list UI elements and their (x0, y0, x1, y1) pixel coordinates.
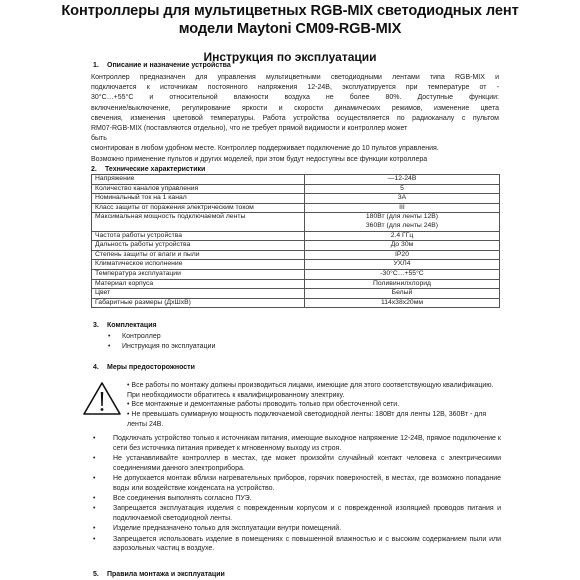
title-line-2: модели Maytoni CM09-RGB-MIX (0, 20, 580, 38)
spec-parameter: Температура эксплуатации (92, 269, 305, 279)
table-row: Частота работы устройства2.4 ГГц (92, 231, 500, 241)
warning-item: • Не превышать суммарную мощность подклю… (127, 410, 501, 429)
table-row: Степень защиты от влаги и пылиIP20 (92, 250, 500, 260)
list-item: •Инструкция по эксплуатации (108, 342, 215, 352)
spec-value: 180Вт (для ленты 12В)360Вт (для ленты 24… (305, 213, 500, 231)
spec-parameter: Габаритные размеры (ДхШхВ) (92, 298, 305, 308)
warning-list: • Все работы по монтажу должны производи… (127, 381, 501, 430)
list-item: •Не устанавливайте контроллер в местах, … (91, 454, 501, 473)
warning-item: • Все работы по монтажу должны производи… (127, 381, 501, 400)
spec-parameter: Дальность работы устройства (92, 241, 305, 251)
spec-value: Белый (305, 289, 500, 299)
section-3-heading: 3.Комплектация (93, 322, 157, 329)
spec-parameter: Степень защиты от влаги и пыли (92, 250, 305, 260)
list-item: •Запрещается эксплуатация изделия с повр… (91, 504, 501, 523)
spec-parameter: Класс защиты от поражения электрическим … (92, 203, 305, 213)
warning-triangle-icon (82, 381, 122, 417)
spec-parameter: Номинальный ток на 1 канал (92, 194, 305, 204)
precautions-list: •Подключать устройство только к источник… (91, 434, 501, 555)
spec-value: 2.4 ГГц (305, 231, 500, 241)
table-row: Класс защиты от поражения электрическим … (92, 203, 500, 213)
spec-parameter: Напряжение (92, 175, 305, 185)
section-2-heading: 2.Технические характеристики (91, 166, 205, 173)
warning-item: • Все монтажные и демонтажные работы про… (127, 400, 501, 410)
table-row: Максимальная мощность подключаемой ленты… (92, 213, 500, 231)
list-item: •Изделие предназначено только для эксплу… (91, 524, 501, 534)
spec-value: IP20 (305, 250, 500, 260)
list-item: •Подключать устройство только к источник… (91, 434, 501, 453)
spec-parameter: Материал корпуса (92, 279, 305, 289)
document-subtitle: Инструкция по эксплуатации (0, 50, 580, 64)
table-row: Материал корпусаПоливинилхлорид (92, 279, 500, 289)
spec-value: 114х38х20мм (305, 298, 500, 308)
list-item: •Все соединения выполнять согласно ПУЭ. (91, 494, 501, 504)
package-contents-list: •Контроллер •Инструкция по эксплуатации (108, 332, 215, 352)
spec-value: УХЛ4 (305, 260, 500, 270)
spec-parameter: Частота работы устройства (92, 231, 305, 241)
spec-value: 5 (305, 184, 500, 194)
document-title: Контроллеры для мультицветных RGB-MIX св… (0, 2, 580, 38)
spec-value: —12-24В (305, 175, 500, 185)
table-row: Дальность работы устройстваДо 30м (92, 241, 500, 251)
table-row: Климатическое исполнениеУХЛ4 (92, 260, 500, 270)
list-item: •Контроллер (108, 332, 215, 342)
spec-parameter: Климатическое исполнение (92, 260, 305, 270)
list-item: •Не допускается монтаж вблизи нагревател… (91, 474, 501, 493)
document-page: Контроллеры для мультицветных RGB-MIX св… (0, 0, 580, 580)
section-5-heading: 5.Правила монтажа и эксплуатации (93, 571, 225, 578)
spec-parameter: Количество каналов управления (92, 184, 305, 194)
title-line-1: Контроллеры для мультицветных RGB-MIX св… (0, 2, 580, 20)
spec-value: III (305, 203, 500, 213)
spec-parameter: Максимальная мощность подключаемой ленты (92, 213, 305, 231)
table-row: Температура эксплуатации-30°С…+55°С (92, 269, 500, 279)
table-row: Количество каналов управления5 (92, 184, 500, 194)
table-row: Габаритные размеры (ДхШхВ)114х38х20мм (92, 298, 500, 308)
spec-value: До 30м (305, 241, 500, 251)
table-row: Номинальный ток на 1 канал3А (92, 194, 500, 204)
section-4-heading: 4.Меры предосторожности (93, 364, 195, 371)
spec-parameter: Цвет (92, 289, 305, 299)
section-1-heading: 1.Описание и назначение устройства (93, 62, 231, 69)
table-row: ЦветБелый (92, 289, 500, 299)
spec-value: -30°С…+55°С (305, 269, 500, 279)
specifications-table: Напряжение—12-24ВКоличество каналов упра… (91, 174, 500, 308)
list-item: •Запрещается использовать изделие в поме… (91, 535, 501, 554)
section-1-description: Контроллер предназначен для управления м… (91, 73, 499, 165)
spec-value: Поливинилхлорид (305, 279, 500, 289)
table-row: Напряжение—12-24В (92, 175, 500, 185)
spec-value: 3А (305, 194, 500, 204)
